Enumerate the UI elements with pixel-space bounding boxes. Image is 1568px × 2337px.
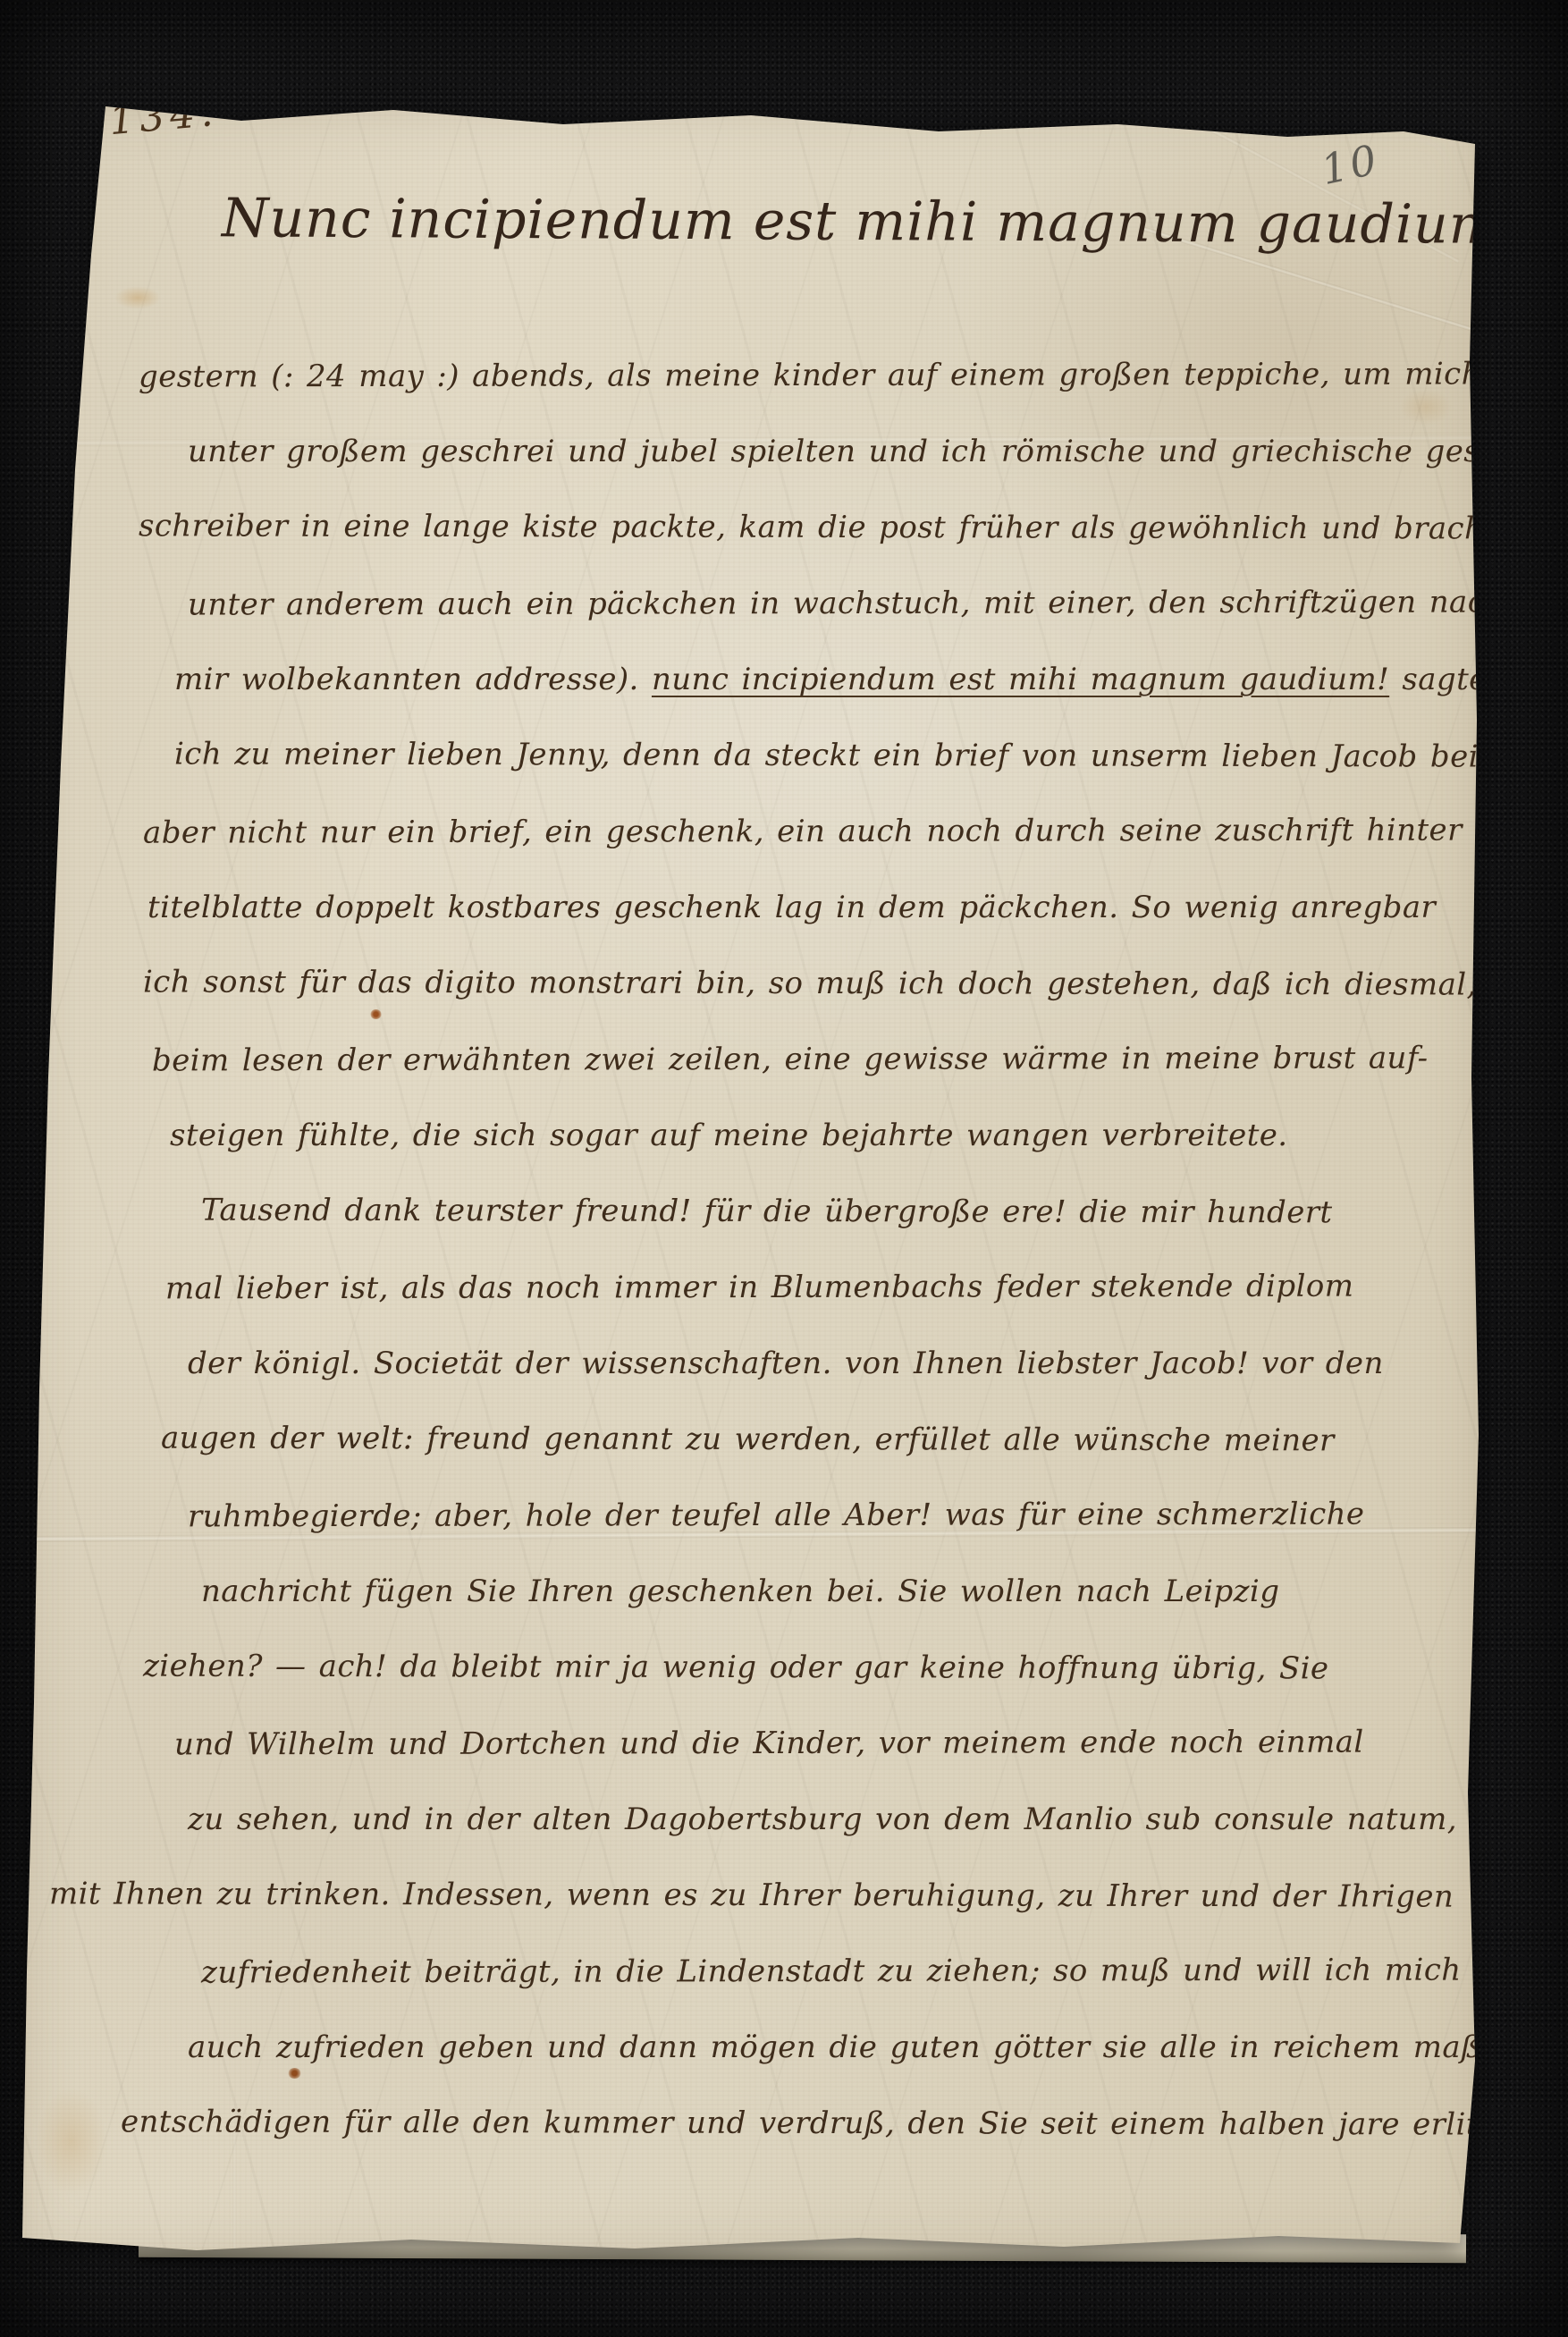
handwriting-line: mit Ihnen zu trinken. Indessen, wenn es … [49,1876,1454,1914]
handwriting-line: zufriedenheit beiträgt, in die Lindensta… [201,1953,1462,1991]
handwriting-segment: beim lesen der erwähnten zwei zeilen, ei… [152,1041,1429,1079]
handwriting-segment: ziehen? — ach! da bleibt mir ja wenig od… [143,1649,1329,1687]
letter-page: 134. 10 Nunc incipiendum est mihi magnum… [9,94,1493,2266]
handwriting-line: und Wilhelm und Dortchen und die Kinder,… [174,1725,1364,1763]
handwriting-segment: titelblatte doppelt kostbares geschenk l… [148,890,1436,925]
handwriting-segment: unter großem geschrei und jubel spielten… [188,434,1568,469]
handwriting-line: der königl. Societät der wissenschaften.… [188,1346,1384,1381]
handwriting-line: mal lieber ist, als das noch immer in Bl… [165,1269,1353,1307]
handwriting-segment: mal lieber ist, als das noch immer in Bl… [165,1269,1353,1307]
handwriting-segment: steigen fühlte, die sich sogar auf meine… [170,1118,1288,1153]
handwriting-segment: zu sehen, und in der alten Dagobertsburg… [188,1801,1457,1837]
handwriting-segment: ruhmbegierde; aber, hole der teufel alle… [188,1497,1365,1535]
handwriting-line: nachricht fügen Sie Ihren geschenken bei… [201,1573,1279,1609]
handwriting-line: steigen fühlte, die sich sogar auf meine… [170,1118,1288,1153]
handwriting-segment: aber nicht nur ein brief, ein geschenk, … [143,812,1542,850]
underlined-latin-phrase: nunc incipiendum est mihi magnum gaudium… [652,662,1389,697]
handwriting-segment: und Wilhelm und Dortchen und die Kinder,… [174,1725,1364,1763]
handwriting-segment: sagte [1389,662,1487,697]
handwriting-line: gestern (: 24 may :) abends, als meine k… [139,356,1481,394]
handwriting-segment: gestern (: 24 may :) abends, als meine k… [139,356,1481,394]
handwriting-segment: der königl. Societät der wissenschaften.… [188,1346,1384,1381]
handwriting-line: beim lesen der erwähnten zwei zeilen, ei… [152,1041,1429,1079]
handwriting-line: zu sehen, und in der alten Dagobertsburg… [188,1801,1457,1837]
handwriting-segment: entschädigen für alle den kummer und ver… [121,2104,1539,2142]
handwriting-line: aber nicht nur ein brief, ein geschenk, … [143,812,1542,850]
handwriting-line: augen der welt: freund genannt zu werden… [161,1421,1335,1459]
handwriting-line: ruhmbegierde; aber, hole der teufel alle… [188,1497,1365,1535]
handwriting-line: entschädigen für alle den kummer und ver… [121,2104,1539,2142]
letter-page-wrap: 134. 10 Nunc incipiendum est mihi magnum… [9,94,1493,2266]
handwriting-line: auch zufrieden geben und dann mögen die … [188,2029,1500,2065]
letter-body: gestern (: 24 may :) abends, als meine k… [9,94,1493,2266]
handwriting-segment: schreiber in eine lange kiste packte, ka… [139,508,1568,546]
handwriting-line: unter anderem auch ein päckchen in wachs… [188,584,1515,622]
handwriting-segment: nachricht fügen Sie Ihren geschenken bei… [201,1573,1279,1609]
handwriting-line: mir wolbekannten addresse). nunc incipie… [174,662,1488,697]
photograph-of-letter: 134. 10 Nunc incipiendum est mihi magnum… [0,0,1568,2337]
handwriting-segment: unter anderem auch ein päckchen in wachs… [188,584,1515,622]
handwriting-segment: zufriedenheit beiträgt, in die Lindensta… [201,1953,1462,1991]
handwriting-line: Tausend dank teurster freund! für die üb… [201,1193,1333,1231]
handwriting-line: unter großem geschrei und jubel spielten… [188,434,1568,469]
handwriting-line: titelblatte doppelt kostbares geschenk l… [148,890,1436,925]
handwriting-segment: Tausend dank teurster freund! für die üb… [201,1193,1333,1231]
handwriting-segment: ich sonst für das digito monstrari bin, … [143,964,1477,1002]
handwriting-segment: auch zufrieden geben und dann mögen die … [188,2029,1500,2065]
handwriting-segment: mit Ihnen zu trinken. Indessen, wenn es … [49,1876,1454,1914]
handwriting-line: schreiber in eine lange kiste packte, ka… [139,508,1568,546]
handwriting-segment: mir wolbekannten addresse). [174,662,652,697]
handwriting-segment: augen der welt: freund genannt zu werden… [161,1421,1335,1459]
handwriting-line: ich sonst für das digito monstrari bin, … [143,964,1477,1002]
handwriting-line: ziehen? — ach! da bleibt mir ja wenig od… [143,1649,1329,1687]
handwriting-segment: ich zu meiner lieben Jenny, denn da stec… [174,736,1488,774]
handwriting-line: ich zu meiner lieben Jenny, denn da stec… [174,736,1488,774]
